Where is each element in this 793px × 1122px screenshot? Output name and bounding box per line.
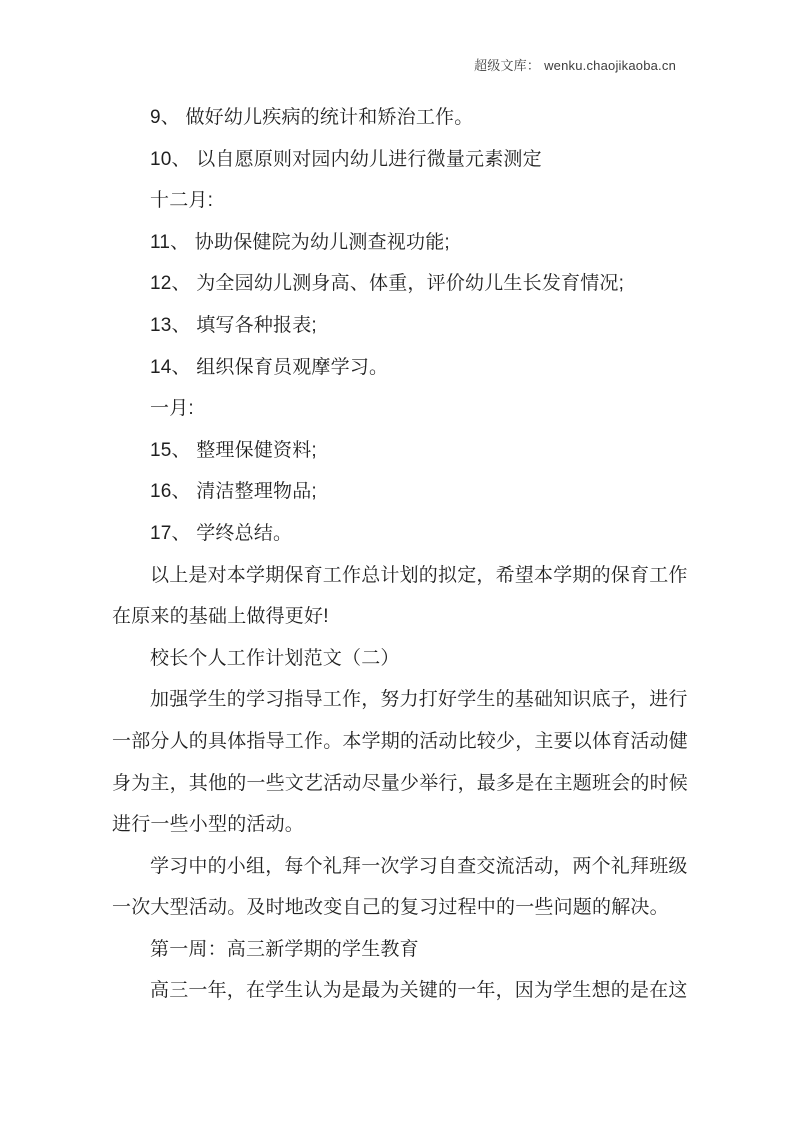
doc-line: 12、 为全园幼儿测身高、体重，评价幼儿生长发育情况; <box>112 263 678 305</box>
document-body: 9、 做好幼儿疾病的统计和矫治工作。 10、 以自愿原则对园内幼儿进行微量元素测… <box>112 97 678 1012</box>
doc-line: 一部分人的具体指导工作。本学期的活动比较少，主要以体育活动健 <box>112 721 678 763</box>
doc-line: 14、 组织保育员观摩学习。 <box>112 347 678 389</box>
doc-line: 高三一年，在学生认为是最为关键的一年，因为学生想的是在这 <box>112 970 678 1012</box>
doc-line: 在原来的基础上做得更好! <box>112 596 678 638</box>
site-name: 超级文库： <box>474 58 540 73</box>
doc-line: 一月: <box>112 388 678 430</box>
doc-line: 一次大型活动。及时地改变自己的复习过程中的一些问题的解决。 <box>112 887 678 929</box>
doc-line: 16、 清洁整理物品; <box>112 471 678 513</box>
doc-line: 10、 以自愿原则对园内幼儿进行微量元素测定 <box>112 139 678 181</box>
doc-line: 15、 整理保健资料; <box>112 430 678 472</box>
doc-line: 第一周：高三新学期的学生教育 <box>112 929 678 971</box>
doc-line: 加强学生的学习指导工作，努力打好学生的基础知识底子，进行 <box>112 679 678 721</box>
site-url: wenku.chaojikaoba.cn <box>544 58 676 73</box>
doc-line: 11、 协助保健院为幼儿测查视功能; <box>112 222 678 264</box>
doc-line: 学习中的小组，每个礼拜一次学习自查交流活动，两个礼拜班级 <box>112 846 678 888</box>
doc-line: 以上是对本学期保育工作总计划的拟定，希望本学期的保育工作 <box>112 555 678 597</box>
doc-line: 17、 学终总结。 <box>112 513 678 555</box>
document-page: 超级文库：wenku.chaojikaoba.cn 9、 做好幼儿疾病的统计和矫… <box>0 0 793 1122</box>
watermark-header: 超级文库：wenku.chaojikaoba.cn <box>0 55 676 74</box>
doc-line: 身为主，其他的一些文艺活动尽量少举行，最多是在主题班会的时候 <box>112 763 678 805</box>
doc-line: 9、 做好幼儿疾病的统计和矫治工作。 <box>112 97 678 139</box>
doc-line: 校长个人工作计划范文（二） <box>112 638 678 680</box>
doc-line: 13、 填写各种报表; <box>112 305 678 347</box>
doc-line: 进行一些小型的活动。 <box>112 804 678 846</box>
doc-line: 十二月: <box>112 180 678 222</box>
